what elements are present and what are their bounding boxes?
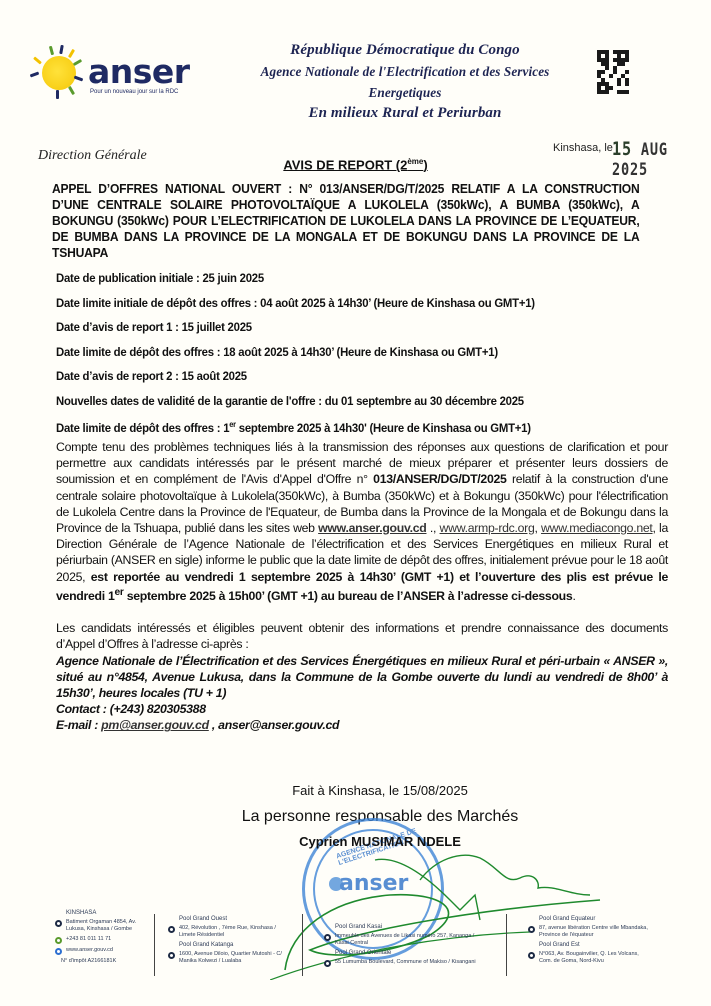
footer-divider — [154, 914, 155, 976]
footer-divider — [302, 914, 303, 976]
location-pin-icon — [528, 952, 535, 959]
location-pin-icon — [528, 926, 535, 933]
date-line: Date d’avis de report 1 : 15 juillet 202… — [56, 319, 633, 344]
location-pin-icon — [55, 920, 62, 927]
sun-logo-icon — [42, 56, 76, 90]
qr-code-icon[interactable] — [597, 50, 629, 94]
location-pin-icon — [168, 926, 175, 933]
link-mediacongo[interactable]: www.mediacongo.net — [541, 521, 653, 535]
letterhead: République Démocratique du Congo Agence … — [230, 40, 580, 124]
date-line: Date d’avis de report 2 : 15 août 2025 — [56, 368, 633, 393]
contact-phone: Contact : (+243) 820305388 — [56, 701, 668, 717]
phone-icon — [55, 937, 62, 944]
footer-addresses: KINSHASA Batiment Orgaman 4854, Av. Luku… — [0, 910, 711, 980]
letterhead-scope: En milieux Rural et Periurban — [230, 103, 580, 124]
location-pin-icon — [168, 952, 175, 959]
body-paragraph-2: Les candidats intéressés et éligibles pe… — [56, 620, 668, 652]
footer-col-pools-east: Pool Grand Equateur 87, avenue libératio… — [528, 910, 648, 968]
link-anser[interactable]: www.anser.gouv.cd — [318, 521, 426, 535]
notice-title: AVIS DE REPORT (2ème) — [0, 157, 711, 172]
location-pin-icon — [324, 934, 331, 941]
contact-email: E-mail : pm@anser.gouv.cd , anser@anser.… — [56, 717, 668, 733]
footer-divider — [506, 914, 507, 976]
key-dates: Date de publication initiale : 25 juin 2… — [56, 270, 676, 442]
date-line: Date limite de dépôt des offres : 18 aoû… — [56, 344, 633, 369]
notice-body: Compte tenu des problèmes techniques lié… — [56, 439, 668, 734]
letterhead-agency: Agence Nationale de l'Electrification et… — [230, 61, 580, 103]
footer-col-kinshasa: KINSHASA Batiment Orgaman 4854, Av. Luku… — [55, 910, 155, 968]
date-line: Nouvelles dates de validité de la garant… — [56, 393, 633, 418]
footer-col-pools-center: Pool Grand Kasai Immeuble des Avenues de… — [324, 910, 484, 970]
date-place-label: Kinshasa, le — [553, 142, 613, 154]
link-armp[interactable]: www.armp-rdc.org — [440, 521, 535, 535]
office-address: Agence Nationale de l’Électrification et… — [56, 653, 668, 702]
footer-website-link[interactable]: www.anser.gouv.cd — [66, 947, 113, 954]
date-line: Date limite de dépôt des offres : 1er se… — [56, 417, 633, 442]
footer-col-pools-west: Pool Grand Ouest 402, Révolution , 7ème … — [168, 910, 288, 968]
email-link-pm[interactable]: pm@anser.gouv.cd — [101, 718, 209, 732]
logo-wordmark: anser — [88, 52, 190, 91]
signature-place-date: Fait à Kinshasa, le 15/08/2025 — [280, 783, 480, 798]
date-line: Date de publication initiale : 25 juin 2… — [56, 270, 633, 295]
tender-subject: APPEL D’OFFRES NATIONAL OUVERT : N° 013/… — [52, 181, 640, 261]
letterhead-country: République Démocratique du Congo — [230, 40, 580, 61]
logo-tagline: Pour un nouveau jour sur la RDC — [90, 89, 178, 95]
anser-logo: anser Pour un nouveau jour sur la RDC — [30, 52, 205, 100]
location-pin-icon — [324, 960, 331, 967]
body-paragraph-1: Compte tenu des problèmes techniques lié… — [56, 439, 668, 604]
date-line: Date limite initiale de dépôt des offres… — [56, 295, 633, 320]
globe-icon — [55, 948, 62, 955]
